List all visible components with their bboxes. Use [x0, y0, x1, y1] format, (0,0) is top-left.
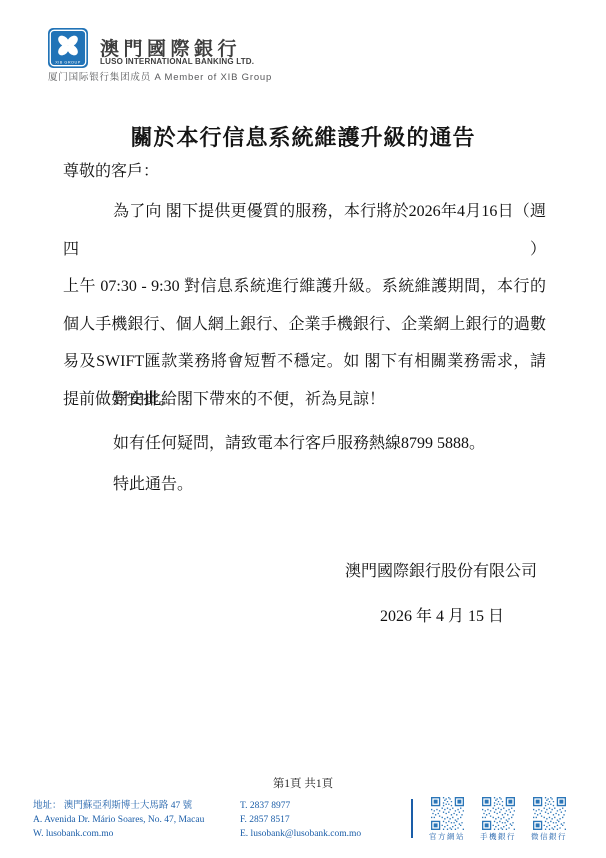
notice-line: 如有任何疑問，請致電本行客戶服務熱線8799 5888。	[63, 425, 546, 463]
website-qr-label: 官方網站	[427, 831, 467, 842]
footer-divider	[411, 799, 413, 838]
footer-address-en: A. Avenida Dr. Mário Soares, No. 47, Mac…	[33, 813, 204, 827]
salutation: 尊敬的客戶：	[63, 161, 159, 183]
footer-fax: F. 2857 8517	[240, 813, 361, 827]
notice-document: XIB GROUP 澳門國際銀行 LUSO INTERNATIONAL BANK…	[0, 0, 606, 858]
footer-tel: T. 2837 8977	[240, 799, 361, 813]
footer-contact-block: T. 2837 8977 F. 2857 8517 E. lusobank@lu…	[240, 799, 361, 841]
notice-line: 為了向 閣下提供更優質的服務，本行將於2026年4月16日（週四）	[63, 193, 546, 268]
footer-website: W. lusobank.com.mo	[33, 827, 204, 841]
wechat-banking-qr-icon	[533, 797, 566, 830]
bank-name-en: LUSO INTERNATIONAL BANKING LTD.	[100, 57, 254, 66]
mobile-banking-qr-label: 手機銀行	[478, 831, 518, 842]
wechat-banking-qr-label: 微信銀行	[529, 831, 569, 842]
notice-line: 特此通告。	[63, 466, 546, 504]
notice-line: 易及SWIFT匯款業務將會短暫不穩定。如 閣下有相關業務需求，請	[63, 343, 546, 381]
notice-line: 對由此給閣下帶來的不便，祈為見諒！	[63, 381, 546, 419]
website-qr-icon	[431, 797, 464, 830]
paragraph-4: 特此通告。	[63, 466, 546, 504]
wechat-banking-qr: 微信銀行	[529, 797, 569, 842]
signature-date: 2026 年 4 月 15 日	[380, 603, 504, 626]
logo-group-text: XIB GROUP	[55, 61, 81, 65]
notice-line: 個人手機銀行、個人網上銀行、企業手機銀行、企業網上銀行的過數	[63, 306, 546, 344]
notice-title: 關於本行信息系統維護升級的通告	[0, 121, 606, 152]
footer-address-zh: 地址： 澳門蘇亞利斯博士大馬路 47 號	[33, 799, 204, 813]
website-qr: 官方網站	[427, 797, 467, 842]
signature-company: 澳門國際銀行股份有限公司	[345, 558, 537, 581]
paragraph-3: 如有任何疑問，請致電本行客戶服務熱線8799 5888。	[63, 425, 546, 463]
group-member-line: 厦门国际银行集团成员 A Member of XIB Group	[48, 69, 272, 83]
notice-line: 上午 07:30 - 9:30 對信息系統進行維護升級。系統維護期間，本行的	[63, 268, 546, 306]
paragraph-2: 對由此給閣下帶來的不便，祈為見諒！	[63, 381, 546, 419]
bank-logo-icon: XIB GROUP	[48, 28, 88, 68]
page-indicator: 第1頁 共1頁	[0, 775, 606, 791]
mobile-banking-qr: 手機銀行	[478, 797, 518, 842]
footer-address-block: 地址： 澳門蘇亞利斯博士大馬路 47 號 A. Avenida Dr. Mári…	[33, 799, 204, 841]
mobile-banking-qr-icon	[482, 797, 515, 830]
footer-email: E. lusobank@lusobank.com.mo	[240, 827, 361, 841]
